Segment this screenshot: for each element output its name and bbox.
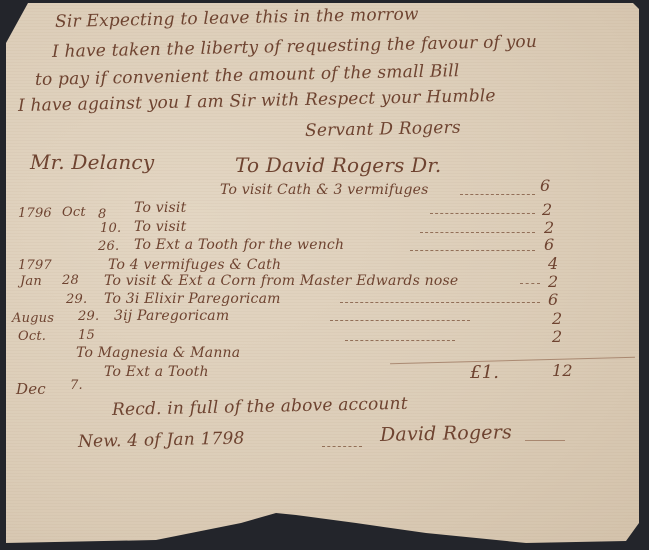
entry-month: Dec	[16, 380, 46, 398]
entry-amount: 6	[544, 235, 554, 254]
entry-description: To 3i Elixir Paregoricam	[104, 291, 281, 307]
entry-amount: 2	[552, 309, 562, 328]
total-pounds: £1.	[470, 362, 499, 383]
signature-tail	[525, 440, 565, 441]
entry-leader	[410, 250, 535, 251]
entry-month: Oct.	[18, 329, 46, 344]
entry-description: To 4 vermifuges & Cath	[108, 257, 281, 273]
entry-month: Jan	[20, 274, 42, 289]
receipt-date: New. 4 of Jan 1798	[78, 429, 245, 452]
entry-description: 3ij Paregoricam	[114, 308, 229, 324]
entry-description: To visit Cath & 3 vermifuges	[220, 182, 429, 198]
entry-leader	[430, 213, 535, 214]
entry-amount: 4	[548, 254, 558, 273]
entry-leader	[420, 232, 535, 233]
total-shillings: 12	[552, 361, 573, 380]
entry-amount: 6	[540, 176, 550, 195]
entry-day: 15	[78, 328, 95, 343]
entry-amount: 2	[542, 200, 552, 219]
entry-day: 29.	[66, 292, 87, 307]
entry-leader	[520, 283, 540, 284]
entry-year: 1796	[18, 206, 52, 221]
debtor-name: Mr. Delancy	[30, 150, 154, 174]
entry-amount: 2	[552, 327, 562, 346]
entry-description: To visit & Ext a Corn from Master Edward…	[104, 273, 458, 289]
entry-description: To visit	[134, 200, 186, 216]
entry-description: To Magnesia & Manna	[76, 345, 240, 361]
receipt-signature: David Rogers	[380, 421, 512, 446]
entry-year: 1797	[18, 258, 52, 273]
entry-description: To Ext a Tooth	[104, 364, 209, 380]
entry-leader	[340, 302, 540, 303]
entry-day: 8	[98, 207, 106, 222]
entry-month: Augus	[12, 311, 54, 326]
letter-signature: Servant D Rogers	[305, 118, 461, 141]
entry-description: To visit	[134, 219, 186, 235]
entry-day: 7.	[70, 378, 83, 393]
entry-day: 28	[62, 273, 79, 288]
entry-leader	[345, 340, 455, 341]
entry-amount: 6	[548, 290, 558, 309]
entry-leader	[460, 194, 535, 195]
creditor-heading: To David Rogers Dr.	[235, 153, 441, 177]
entry-description: To Ext a Tooth for the wench	[134, 237, 344, 253]
entry-day: 10.	[100, 221, 121, 236]
signature-leader	[322, 446, 362, 447]
entry-leader	[330, 320, 470, 321]
entry-amount: 2	[548, 272, 558, 291]
entry-day: 29.	[78, 309, 99, 324]
entry-day: 26.	[98, 239, 119, 254]
entry-month: Oct	[62, 205, 86, 220]
